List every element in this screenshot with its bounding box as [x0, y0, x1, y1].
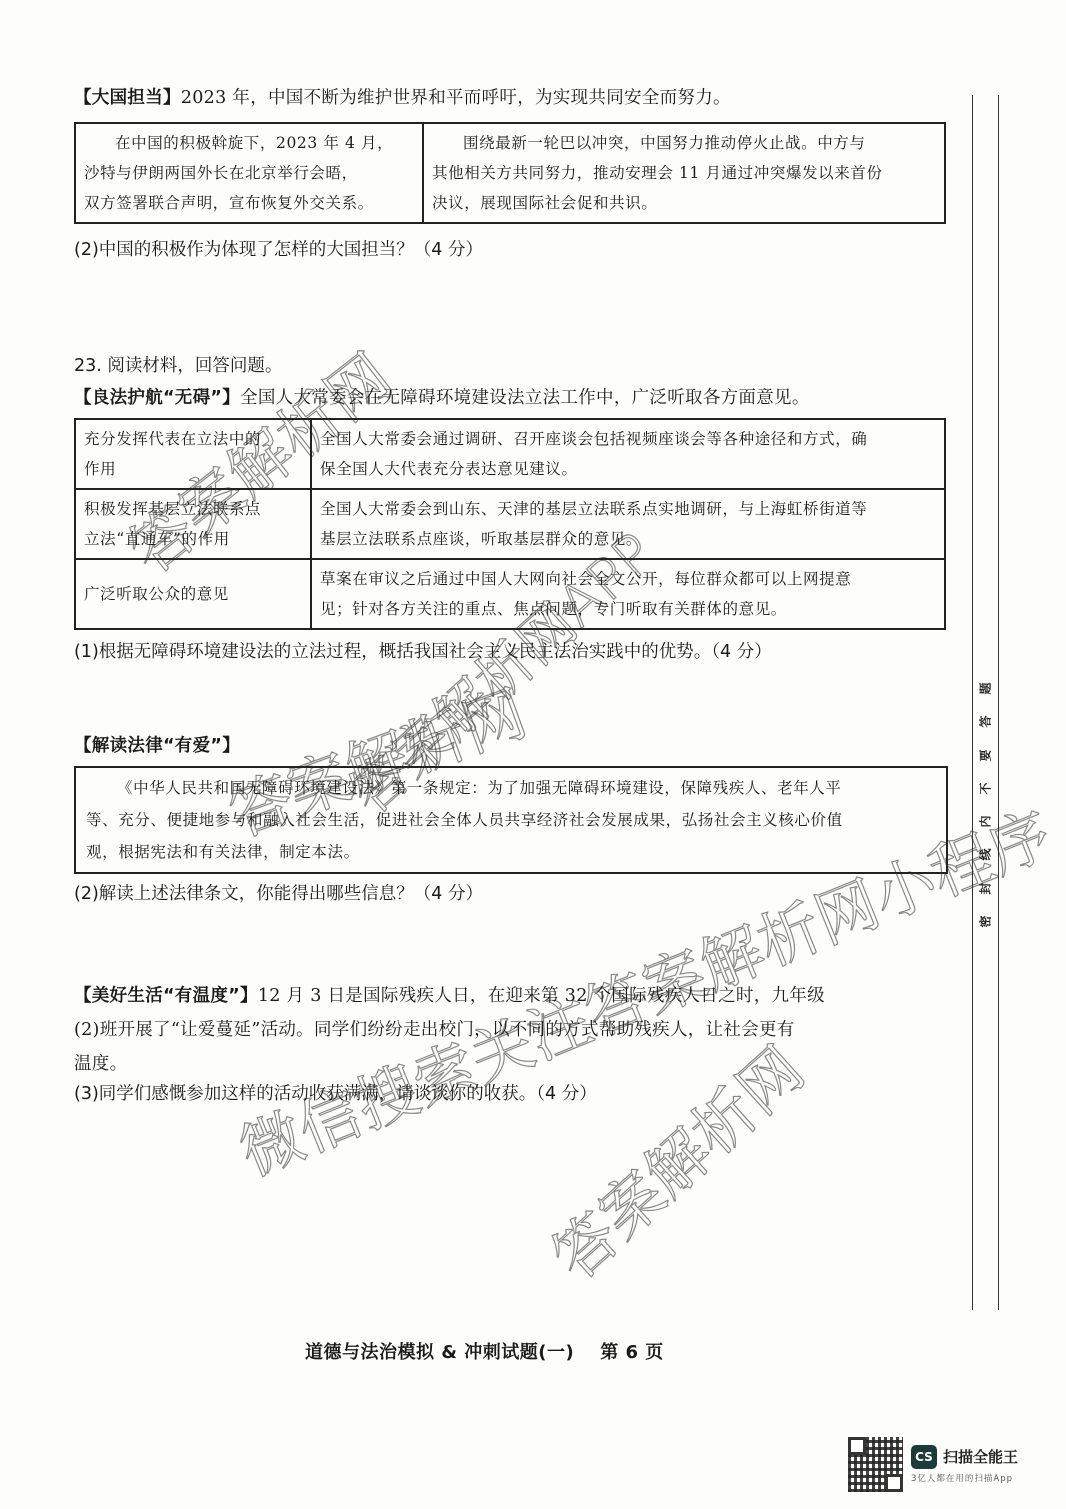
- binding-strip-char: 要: [977, 749, 994, 761]
- binding-strip-char: 题: [977, 682, 994, 694]
- camscanner-logo-icon: CS: [911, 1445, 937, 1469]
- box-line: 等、充分、便捷地参与和融入社会生活，促进社会全体人员共享经济社会发展成果，弘扬社…: [86, 804, 936, 836]
- binding-strip-char: 答: [977, 716, 994, 728]
- heading-label: 【大国担当】: [74, 88, 181, 108]
- cell-line: 沙特与伊朗两国外长在北京举行会晤，: [84, 158, 414, 188]
- great-power-table: 在中国的积极斡旋下，2023 年 4 月，沙特与伊朗两国外长在北京举行会晤，双方…: [74, 122, 946, 224]
- cell-line: 保全国人大代表充分表达意见建议。: [320, 454, 936, 484]
- scanner-badge: CS 扫描全能王 3亿人都在用的扫描App: [848, 1433, 1058, 1495]
- table-cell-detail: 全国人大常委会通过调研、召开座谈会包括视频座谈会等各种途径和方式，确保全国人大代…: [311, 419, 945, 489]
- cell-line: 围绕最新一轮巴以冲突，中国努力推动停火止战。中方与: [432, 128, 936, 158]
- binding-strip: 密封线内不要答题: [972, 95, 999, 1310]
- heading-label: 【良法护航“无碍”】: [74, 388, 240, 408]
- question-22-2: (2)中国的积极作为体现了怎样的大国担当？（4 分）: [74, 236, 954, 264]
- table-cell-aspect: 广泛听取公众的意见: [75, 559, 311, 629]
- page-number: 第 6 页: [600, 1342, 664, 1363]
- cell-line: 广泛听取公众的意见: [84, 579, 302, 609]
- table-cell-left: 在中国的积极斡旋下，2023 年 4 月，沙特与伊朗两国外长在北京举行会晤，双方…: [75, 123, 423, 223]
- exam-page: 【大国担当】2023 年，中国不断为维护世界和平而呼吁，为实现共同安全而努力。 …: [0, 0, 1066, 1509]
- cell-line: 全国人大常委会到山东、天津的基层立法联系点实地调研，与上海虹桥街道等: [320, 494, 936, 524]
- table-cell-right: 围绕最新一轮巴以冲突，中国努力推动停火止战。中方与其他相关方共同努力，推动安理会…: [423, 123, 945, 223]
- page-footer: 道德与法治模拟 & 冲刺试题(一)第 6 页: [305, 1338, 664, 1364]
- section-heading-great-power: 【大国担当】2023 年，中国不断为维护世界和平而呼吁，为实现共同安全而努力。: [74, 84, 954, 112]
- footer-title: 道德与法治模拟 & 冲刺试题(一): [305, 1342, 574, 1363]
- intro-text: 2023 年，中国不断为维护世界和平而呼吁，为实现共同安全而努力。: [181, 88, 731, 108]
- box-line: 观，根据宪法和有关法律，制定本法。: [86, 836, 936, 868]
- scanner-tagline: 3亿人都在用的扫描App: [911, 1472, 1018, 1484]
- binding-strip-char: 不: [977, 782, 994, 794]
- table-row: 在中国的积极斡旋下，2023 年 4 月，沙特与伊朗两国外长在北京举行会晤，双方…: [75, 123, 945, 223]
- cell-line: 双方签署联合声明，宣布恢复外交关系。: [84, 188, 414, 218]
- scanner-app-name: 扫描全能王: [943, 1446, 1018, 1467]
- law-article-box: 《中华人民共和国无障碍环境建设法》第一条规定：为了加强无障碍环境建设，保障残疾人…: [74, 766, 948, 874]
- heading-label: 【美好生活“有温度”】: [74, 986, 258, 1006]
- section-heading-good-law: 【良法护航“无碍”】全国人大常委会在无障碍环境建设法立法工作中，广泛听取各方面意…: [74, 384, 954, 412]
- cell-line: 全国人大常委会通过调研、召开座谈会包括视频座谈会等各种途径和方式，确: [320, 424, 936, 454]
- cell-line: 在中国的积极斡旋下，2023 年 4 月，: [84, 128, 414, 158]
- qr-code-icon: [848, 1437, 903, 1492]
- cell-line: 决议，展现国际社会促和共识。: [432, 188, 936, 218]
- box-line: 《中华人民共和国无障碍环境建设法》第一条规定：为了加强无障碍环境建设，保障残疾人…: [86, 772, 936, 804]
- question-23-title: 23. 阅读材料，回答问题。: [74, 352, 954, 380]
- binding-strip-char: 密: [977, 915, 994, 927]
- cell-line: 其他相关方共同努力，推动安理会 11 月通过冲突爆发以来首份: [432, 158, 936, 188]
